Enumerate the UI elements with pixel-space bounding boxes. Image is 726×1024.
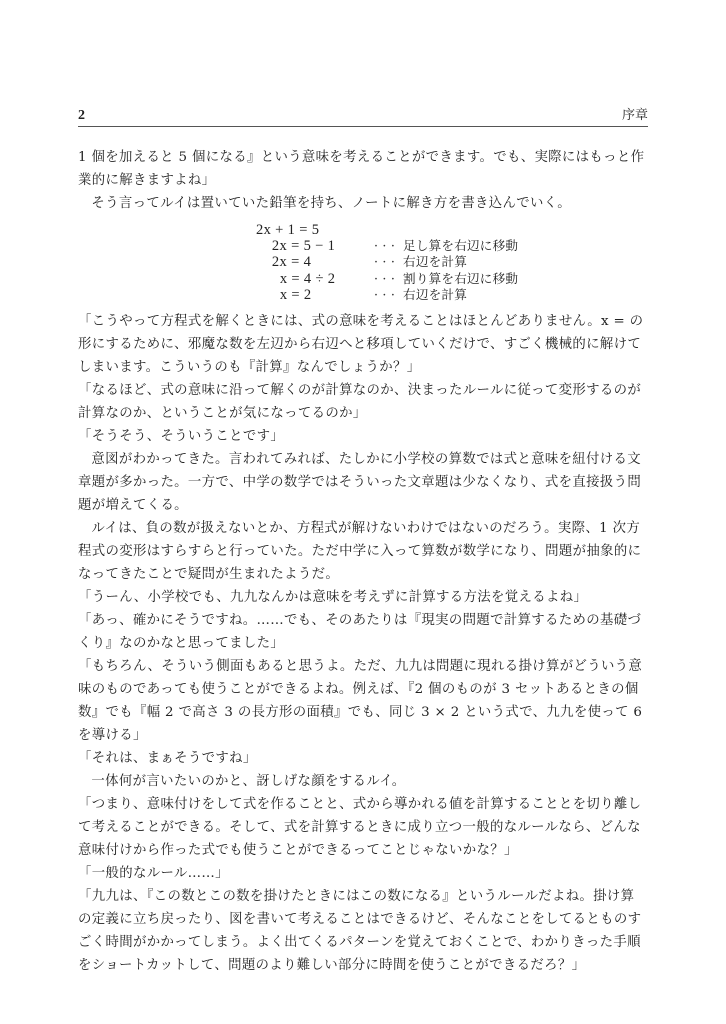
equation-note: 右辺を計算 xyxy=(403,254,467,269)
chapter-title: 序章 xyxy=(622,108,648,124)
equation-row: 2x = 4 · · ·右辺を計算 xyxy=(256,254,648,270)
equation-note: 右辺を計算 xyxy=(403,287,467,302)
paragraph: 「つまり、意味付けをして式を作ることと、式から導かれる値を計算することとを切り離… xyxy=(78,793,648,862)
equation: x = 4 ÷ 2 xyxy=(256,271,374,287)
paragraph: ルイは、負の数が扱えないとか、方程式が解けないわけではないのだろう。実際、1 次… xyxy=(78,517,648,586)
paragraph: 「そうそう、そういうことです」 xyxy=(78,425,648,448)
paragraph: 意図がわかってきた。言われてみれば、たしかに小学校の算数では式と意味を紐付ける文… xyxy=(78,448,648,517)
equation: 2x = 5 − 1 xyxy=(256,238,374,254)
paragraph: 一体何が言いたいのかと、訝しげな顔をするルイ。 xyxy=(78,770,648,793)
equation-note: 割り算を右辺に移動 xyxy=(403,271,518,286)
paragraph: そう言ってルイは置いていた鉛筆を持ち、ノートに解き方を書き込んでいく。 xyxy=(78,192,648,215)
paragraph: 「九九は、『この数とこの数を掛けたときにはこの数になる』というルールだよね。掛け… xyxy=(78,885,648,977)
ellipsis-dots: · · · xyxy=(374,271,395,286)
running-head: 2 序章 xyxy=(78,108,648,127)
equation: 2x = 4 xyxy=(256,254,374,270)
equation: x = 2 xyxy=(256,287,374,303)
equation-note: 足し算を右辺に移動 xyxy=(403,238,518,253)
equation-row: x = 4 ÷ 2 · · ·割り算を右辺に移動 xyxy=(256,271,648,287)
paragraph: 「うーん、小学校でも、九九なんかは意味を考えずに計算する方法を覚えるよね」 xyxy=(78,586,648,609)
paragraph: 「なるほど、式の意味に沿って解くのが計算なのか、決まったルールに従って変形するの… xyxy=(78,379,648,425)
equation-row: 2x = 5 − 1 · · ·足し算を右辺に移動 xyxy=(256,238,648,254)
paragraph: 「もちろん、そういう側面もあると思うよ。ただ、九九は問題に現れる掛け算がどういう… xyxy=(78,655,648,747)
paragraph: 1 個を加えると 5 個になる』という意味を考えることができます。でも、実際には… xyxy=(78,146,648,192)
body-text: 1 個を加えると 5 個になる』という意味を考えることができます。でも、実際には… xyxy=(78,146,648,977)
paragraph: 「それは、まぁそうですね」 xyxy=(78,747,648,770)
page-number: 2 xyxy=(78,108,85,124)
equation-derivation: 2x + 1 = 5 2x = 5 − 1 · · ·足し算を右辺に移動 2x … xyxy=(256,222,648,303)
equation-row: 2x + 1 = 5 xyxy=(256,222,648,238)
ellipsis-dots: · · · xyxy=(374,287,395,302)
ellipsis-dots: · · · xyxy=(374,254,395,269)
ellipsis-dots: · · · xyxy=(374,238,395,253)
paragraph: 「こうやって方程式を解くときには、式の意味を考えることはほとんどありません。x … xyxy=(78,310,648,379)
paragraph: 「一般的なルール……」 xyxy=(78,862,648,885)
paragraph: 「あっ、確かにそうですね。……でも、そのあたりは『現実の問題で計算するための基礎… xyxy=(78,609,648,655)
equation-row: x = 2 · · ·右辺を計算 xyxy=(256,287,648,303)
book-page: 2 序章 1 個を加えると 5 個になる』という意味を考えることができます。でも… xyxy=(78,108,648,977)
equation: 2x + 1 = 5 xyxy=(256,222,374,238)
